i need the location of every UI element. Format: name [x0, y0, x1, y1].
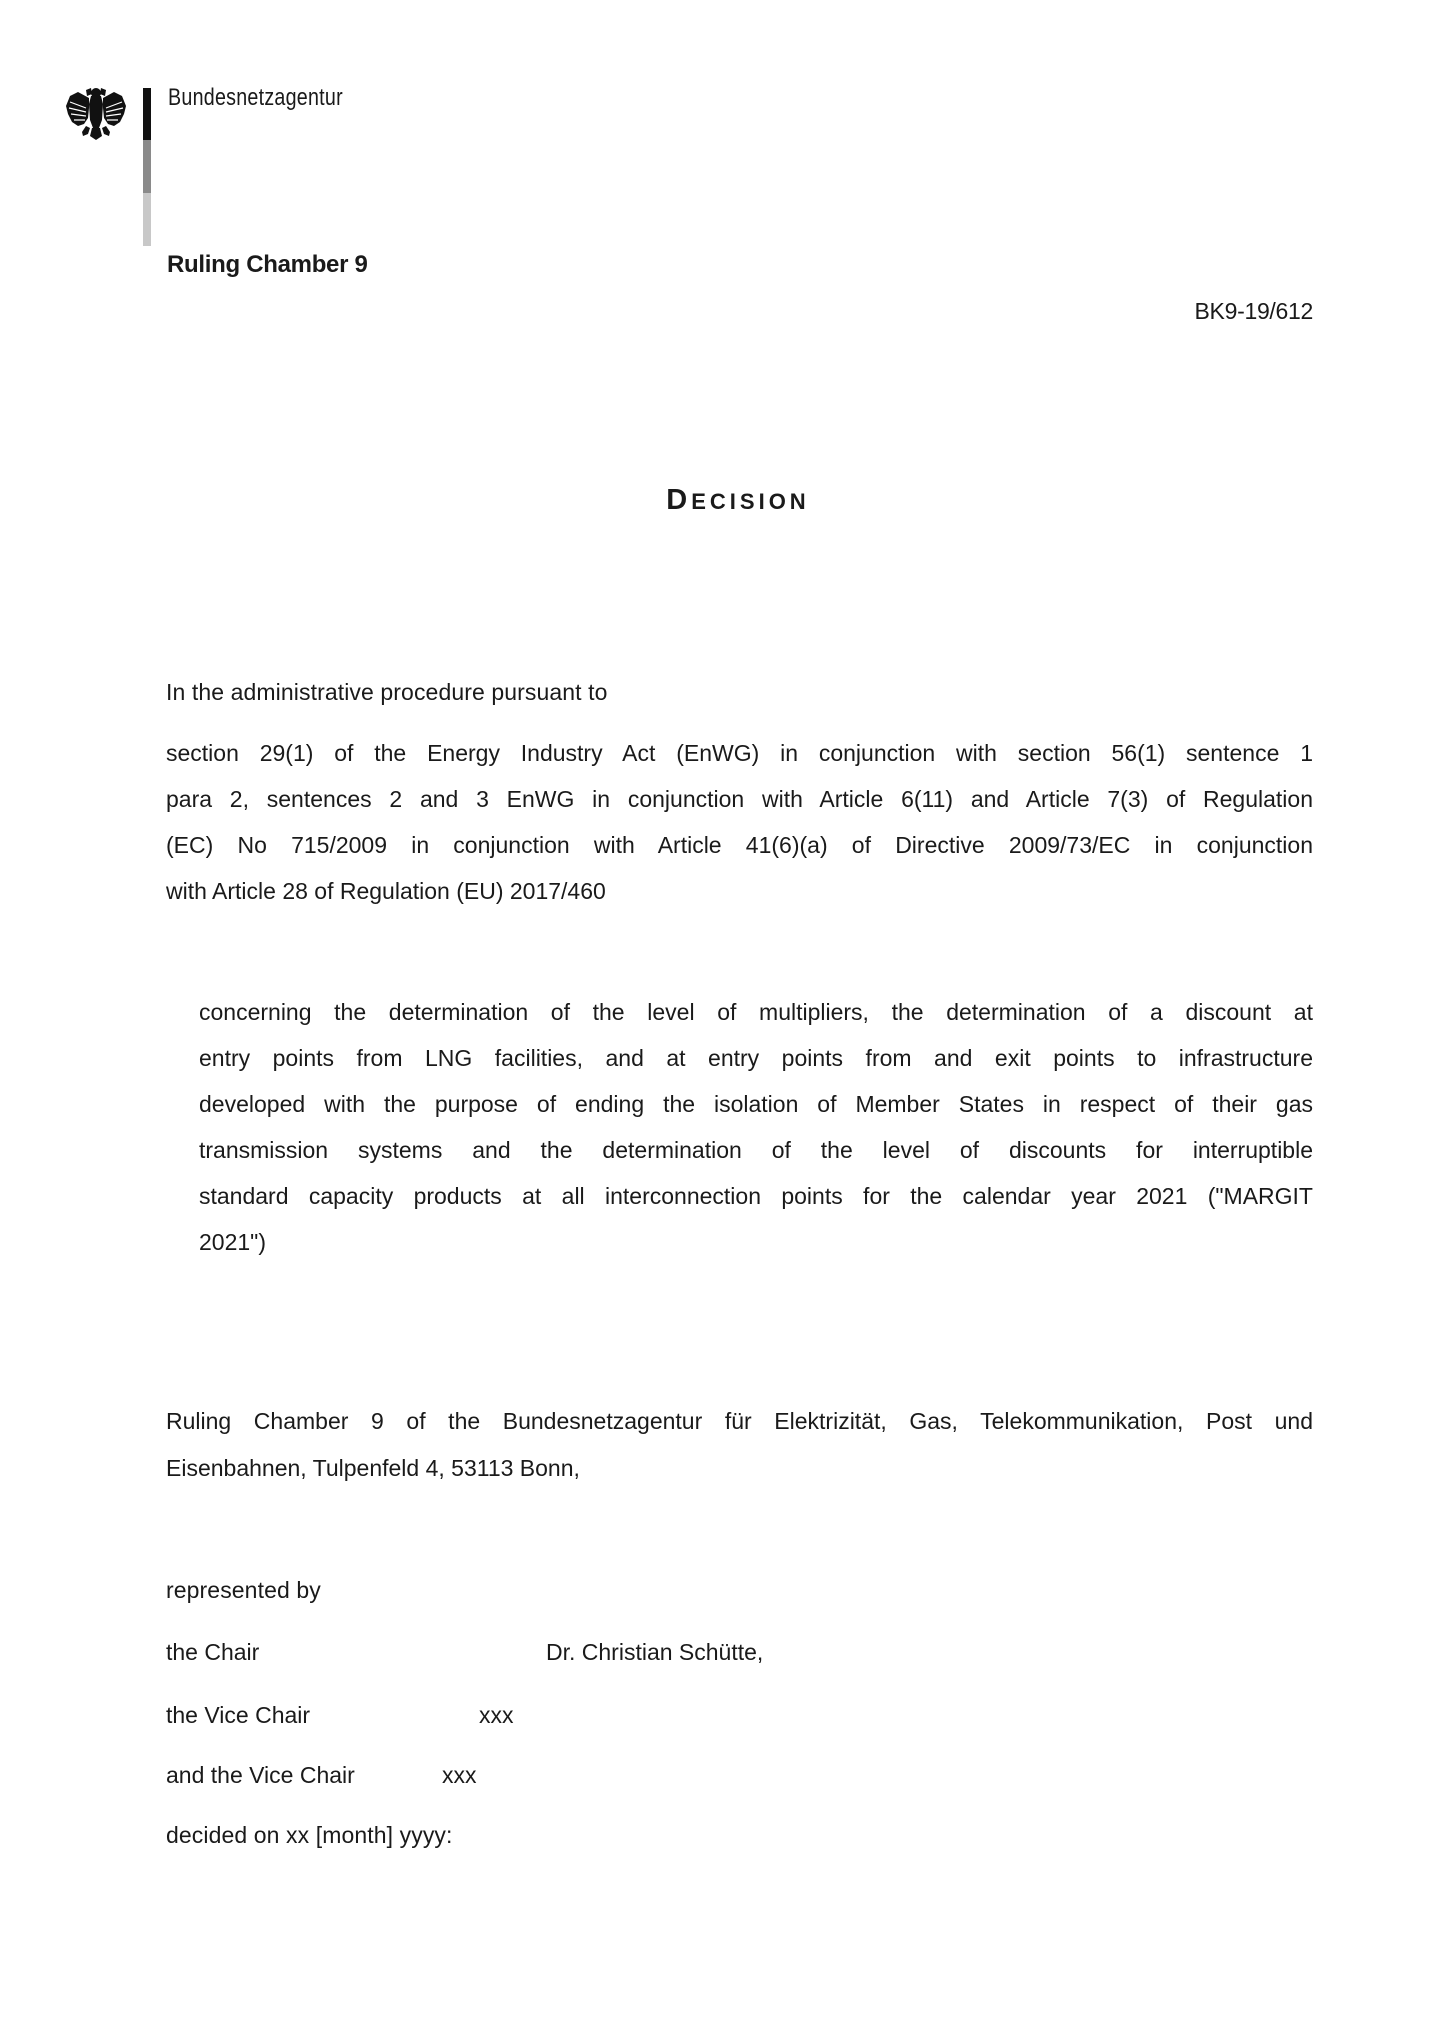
- legal-basis-line: (EC) No 715/2009 in conjunction with Art…: [166, 832, 1313, 858]
- subject-line: developed with the purpose of ending the…: [199, 1091, 1313, 1117]
- intro-text: In the administrative procedure pursuant…: [166, 679, 608, 705]
- brand-bar-light: [143, 193, 151, 246]
- subject-paragraph: concerning the determination of the leve…: [199, 999, 1313, 1279]
- legal-basis-line: with Article 28 of Regulation (EU) 2017/…: [166, 878, 1313, 904]
- ruling-chamber-label: Ruling Chamber 9: [167, 251, 368, 279]
- federal-eagle-icon: [64, 84, 128, 142]
- legal-basis-paragraph: section 29(1) of the Energy Industry Act…: [166, 740, 1313, 930]
- authority-line: Ruling Chamber 9 of the Bundesnetzagentu…: [166, 1408, 1313, 1434]
- representative-name: xxx: [442, 1762, 477, 1788]
- authority-line: Eisenbahnen, Tulpenfeld 4, 53113 Bonn,: [166, 1455, 1313, 1481]
- representative-role: and the Vice Chair: [166, 1762, 355, 1788]
- representative-name: Dr. Christian Schütte,: [546, 1639, 763, 1665]
- decision-date: decided on xx [month] yyyy:: [166, 1822, 453, 1848]
- brand-bar-gray: [143, 140, 151, 193]
- subject-line: transmission systems and the determinati…: [199, 1137, 1313, 1163]
- representative-role: the Vice Chair: [166, 1702, 310, 1728]
- subject-line: concerning the determination of the leve…: [199, 999, 1313, 1025]
- representative-name: xxx: [479, 1702, 514, 1728]
- organization-name: Bundesnetzagentur: [168, 84, 343, 112]
- title-rest: ECISION: [691, 489, 809, 514]
- subject-line: standard capacity products at all interc…: [199, 1183, 1313, 1209]
- brand-color-bar: [143, 88, 151, 246]
- legal-basis-line: para 2, sentences 2 and 3 EnWG in conjun…: [166, 786, 1313, 812]
- legal-basis-line: section 29(1) of the Energy Industry Act…: [166, 740, 1313, 766]
- document-title: DECISION: [0, 486, 1440, 516]
- represented-by-label: represented by: [166, 1577, 321, 1603]
- brand-bar-black: [143, 88, 151, 140]
- title-initial: D: [666, 484, 691, 516]
- subject-line: entry points from LNG facilities, and at…: [199, 1045, 1313, 1071]
- reference-number: BK9-19/612: [1195, 298, 1313, 324]
- subject-line: 2021"): [199, 1229, 1313, 1255]
- authority-paragraph: Ruling Chamber 9 of the Bundesnetzagentu…: [166, 1408, 1313, 1488]
- representative-role: the Chair: [166, 1639, 259, 1665]
